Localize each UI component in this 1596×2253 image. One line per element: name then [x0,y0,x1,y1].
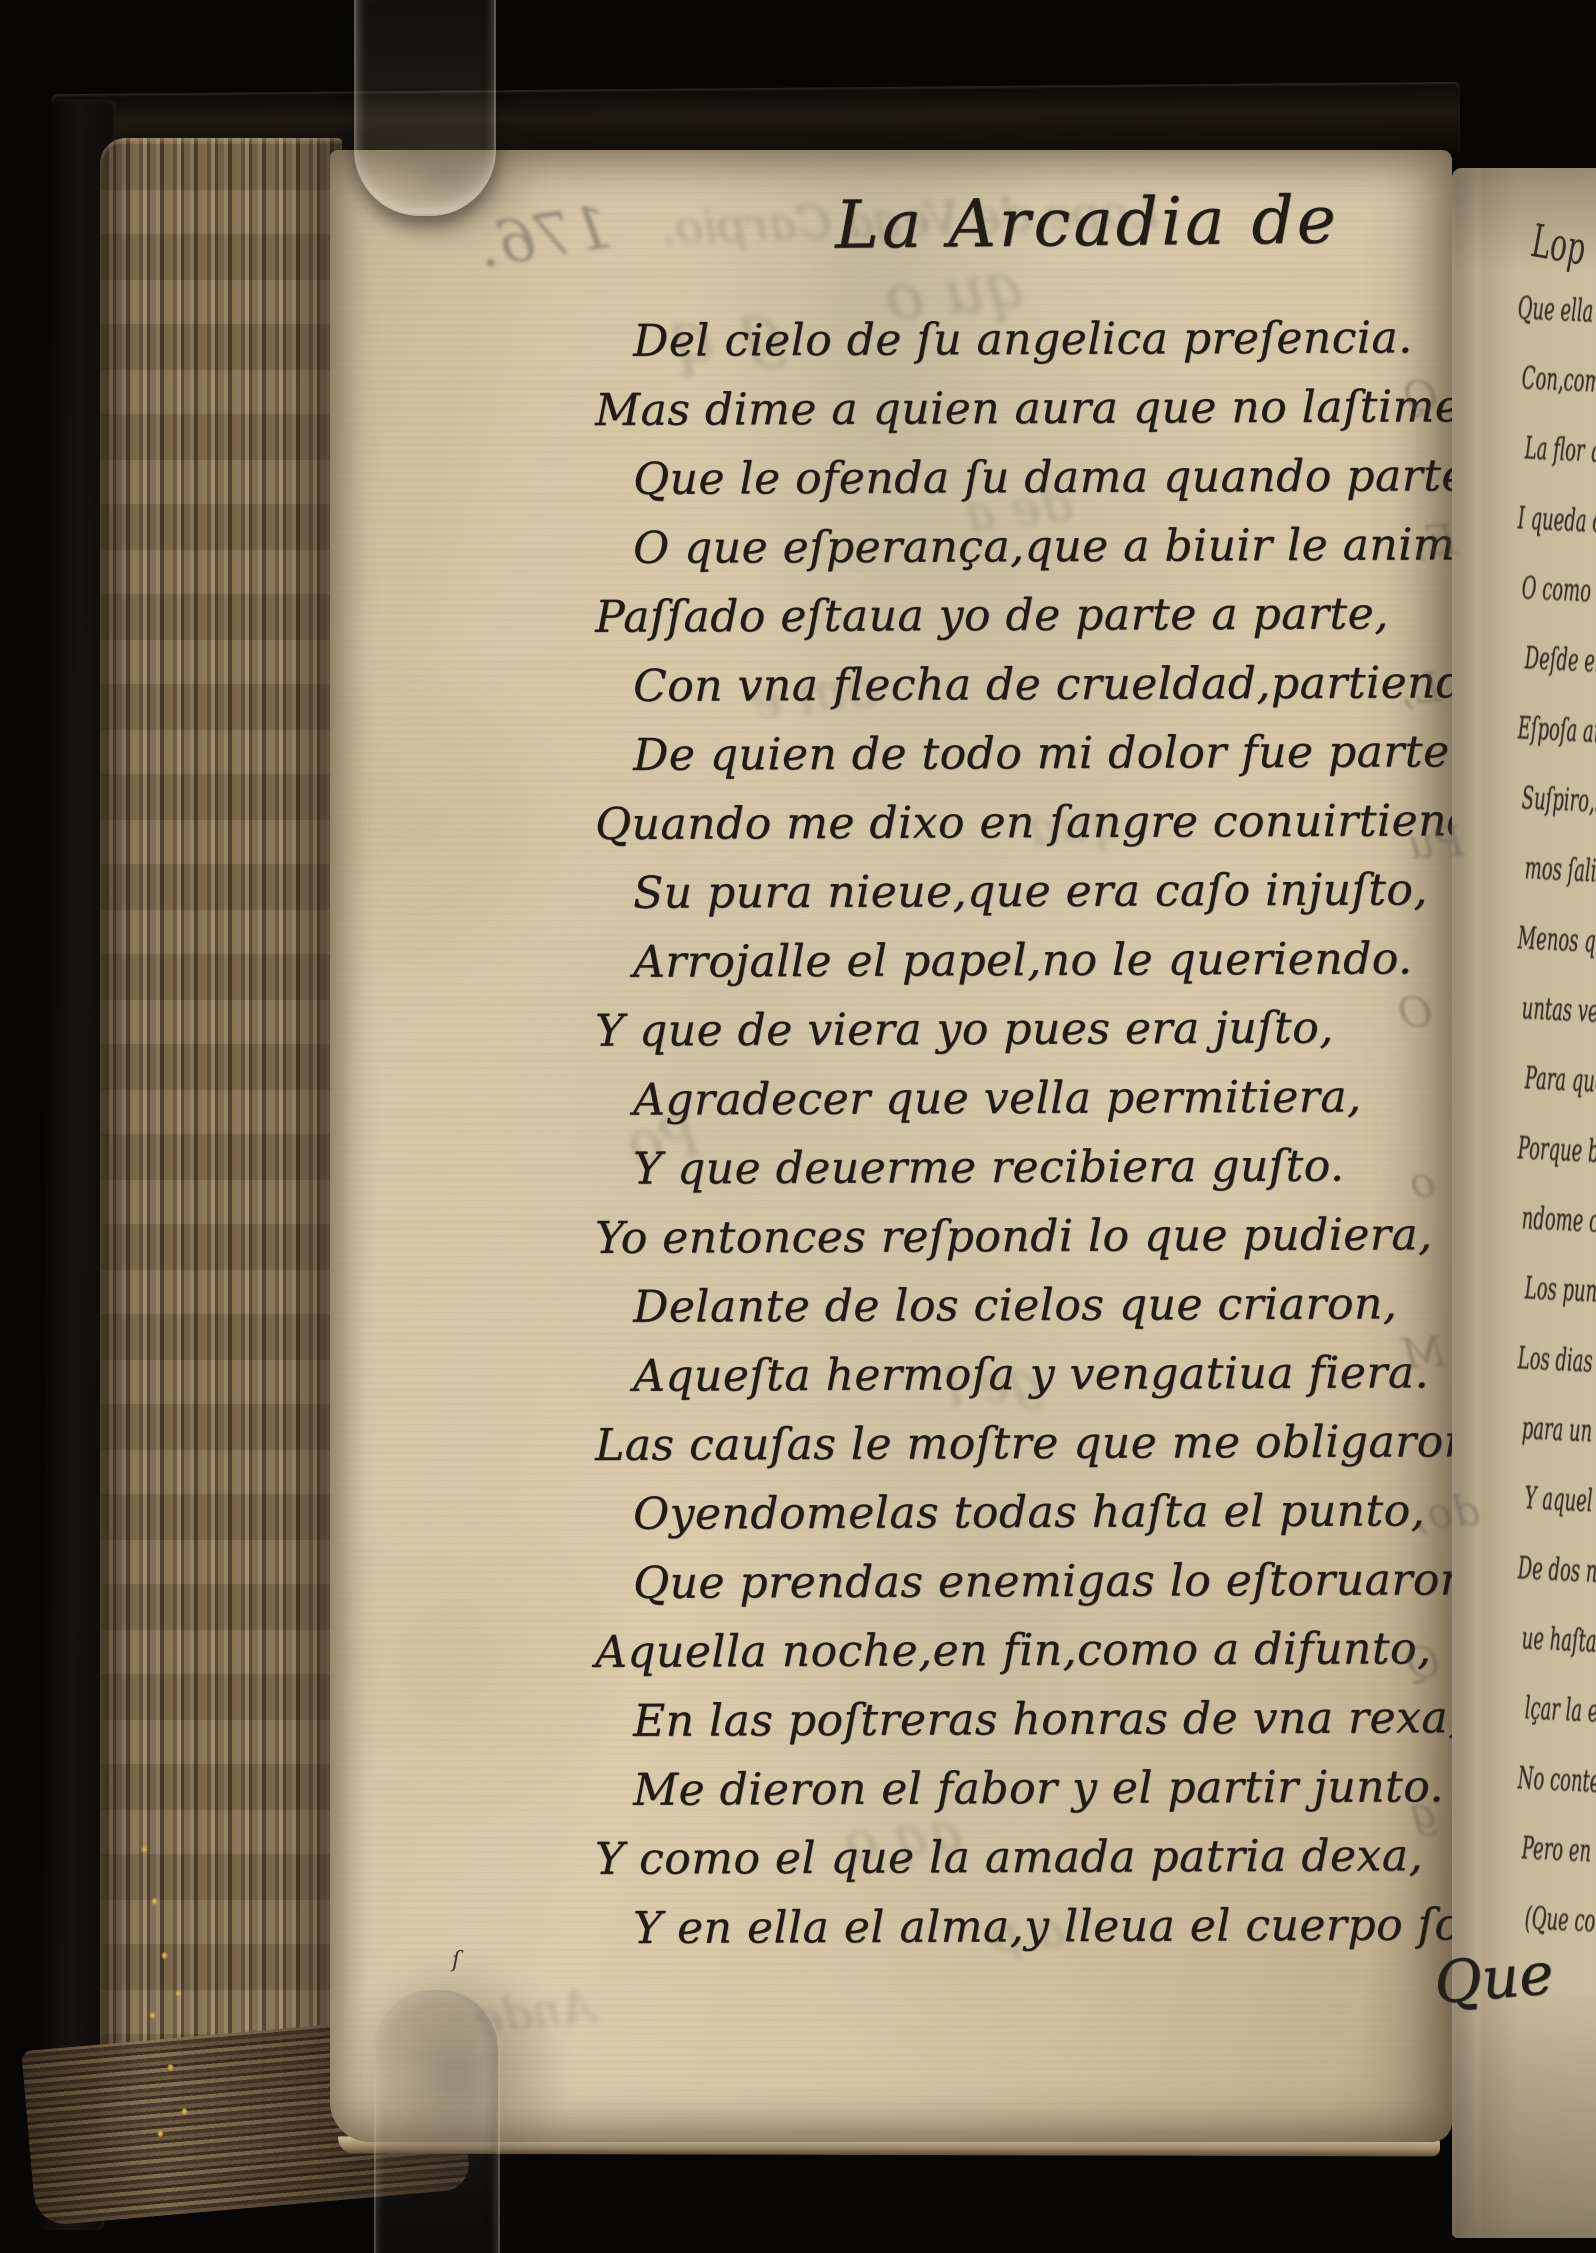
transparent-page-clip-bottom [374,1988,500,2253]
facing-page-line-fragment: para un a [1521,1410,1596,1450]
poem-line: Con vna flecha de crueldad,partiendo [633,657,1492,712]
poem-line: Aqueſta hermoſa y vengatiua fiera. [633,1347,1429,1401]
facing-page-line-fragment: O como el [1521,570,1596,610]
poem-line: Aquella noche,en fin,como a difunto, [595,1623,1432,1678]
scanned-book-photo: 176. Lope de Vega Carpio. g q qu o de a … [0,0,1596,2253]
poem-line: Me dieron el fabor y el partir junto. [633,1761,1444,1816]
gilt-speck [152,1898,157,1905]
facing-page-line-fragment: Con,como [1521,360,1596,400]
facing-running-header: Lop [1531,213,1587,276]
poem-line: Y que deuerme recibiera guſto. [633,1140,1345,1194]
poem-line: De quien de todo mi dolor fue parte. [633,726,1464,781]
poem-line: Mas dime a quien aura que no laſtime, [595,381,1476,436]
poem-line: Oyendomelas todas haſta el punto, [633,1485,1425,1539]
poem-line: Del cielo de ſu angelica preſencia. [633,312,1413,366]
poem-line: Que le ofenda ſu dama quando parte, [633,450,1483,505]
facing-page-line-fragment: Pero en aq [1521,1830,1596,1870]
gilt-speck [142,1846,147,1853]
poem-line: Delante de los cielos que criaron, [633,1278,1397,1332]
poem-line: Quando me dixo en ſangre conuirtiendo, [595,795,1517,850]
poem-line: Las cauſas le moſtre que me obligaron, [595,1416,1487,1471]
gilt-speck [162,1952,167,1959]
facing-page-line-fragment: Que ella ſ [1517,290,1596,330]
poem-line: O que eſperança,que a biuir le anime. [633,519,1496,574]
gilt-speck [158,2130,163,2137]
poem-line: Que prendas enemigas lo eſtoruaron. [633,1554,1483,1609]
poem-line: Agradecer que vella permitiera, [633,1071,1362,1125]
facing-page-line-fragment: mos ſali [1524,850,1596,889]
facing-page-line-fragment: ndome c [1521,1200,1596,1239]
page-stack-fore-edge [100,138,342,2170]
facing-page-line-fragment: Porque bi [1517,1130,1596,1170]
poem-line: Y en ella el alma,y lleua el cuerpo ſolo… [633,1899,1535,1954]
facing-page-line-fragment: Menos qu [1517,920,1596,960]
running-header: La Arcadia de [835,181,1339,263]
facing-page-line-fragment: Suſpiro,la [1521,780,1596,820]
transparent-page-clip-top [354,0,496,216]
facing-page-line-fragment: De dos nin [1517,1550,1596,1590]
facing-page-line-fragment: La flor qu [1524,430,1596,470]
poem-line: En las poſtreras honras de vna rexa, [633,1692,1463,1747]
facing-page-line-fragment: ue haſta a [1521,1620,1596,1660]
facing-page-line-fragment: untas ve [1521,990,1596,1029]
facing-page-line-fragment: Y aquel an [1524,1480,1596,1520]
catchword: Que [1431,1939,1556,2017]
facing-page-line-fragment: I queda c [1517,500,1596,540]
gilt-speck [182,2108,187,2115]
facing-page-line-fragment: No conten [1517,1760,1596,1800]
poem-line: Y como el que la amada patria dexa, [595,1830,1423,1885]
gilt-speck [176,1990,181,1997]
poem-line: Y que de viera yo pues era juſto, [595,1002,1334,1056]
facing-page-line-fragment: Los puntos [1524,1270,1596,1310]
poem-line: Paſſado eſtaua yo de parte a parte, [595,588,1389,642]
facing-page-line-fragment: Eſpoſa am [1517,710,1596,750]
gilt-speck [150,2012,155,2019]
facing-page-sliver: Lop Que ella ſCon,comoLa flor quI queda … [1452,168,1596,2238]
poem-line: Arrojalle el papel,no le queriendo. [633,933,1413,987]
main-page: 176. Lope de Vega Carpio. g q qu o de a … [330,150,1452,2142]
facing-page-line-fragment: Los dias m [1517,1340,1596,1380]
facing-page-line-fragment: lçar la eſ [1524,1690,1596,1730]
gilt-speck [168,2064,173,2071]
facing-page-line-fragment: (Que co [1524,1900,1595,1939]
poem-line: Su pura nieue,que era caſo injuſto, [633,864,1428,918]
poem-line: Yo entonces reſpondi lo que pudiera, [595,1209,1433,1264]
facing-page-line-fragment: Para que a [1524,1060,1596,1100]
facing-page-line-fragment: Deſde el p [1524,640,1596,680]
